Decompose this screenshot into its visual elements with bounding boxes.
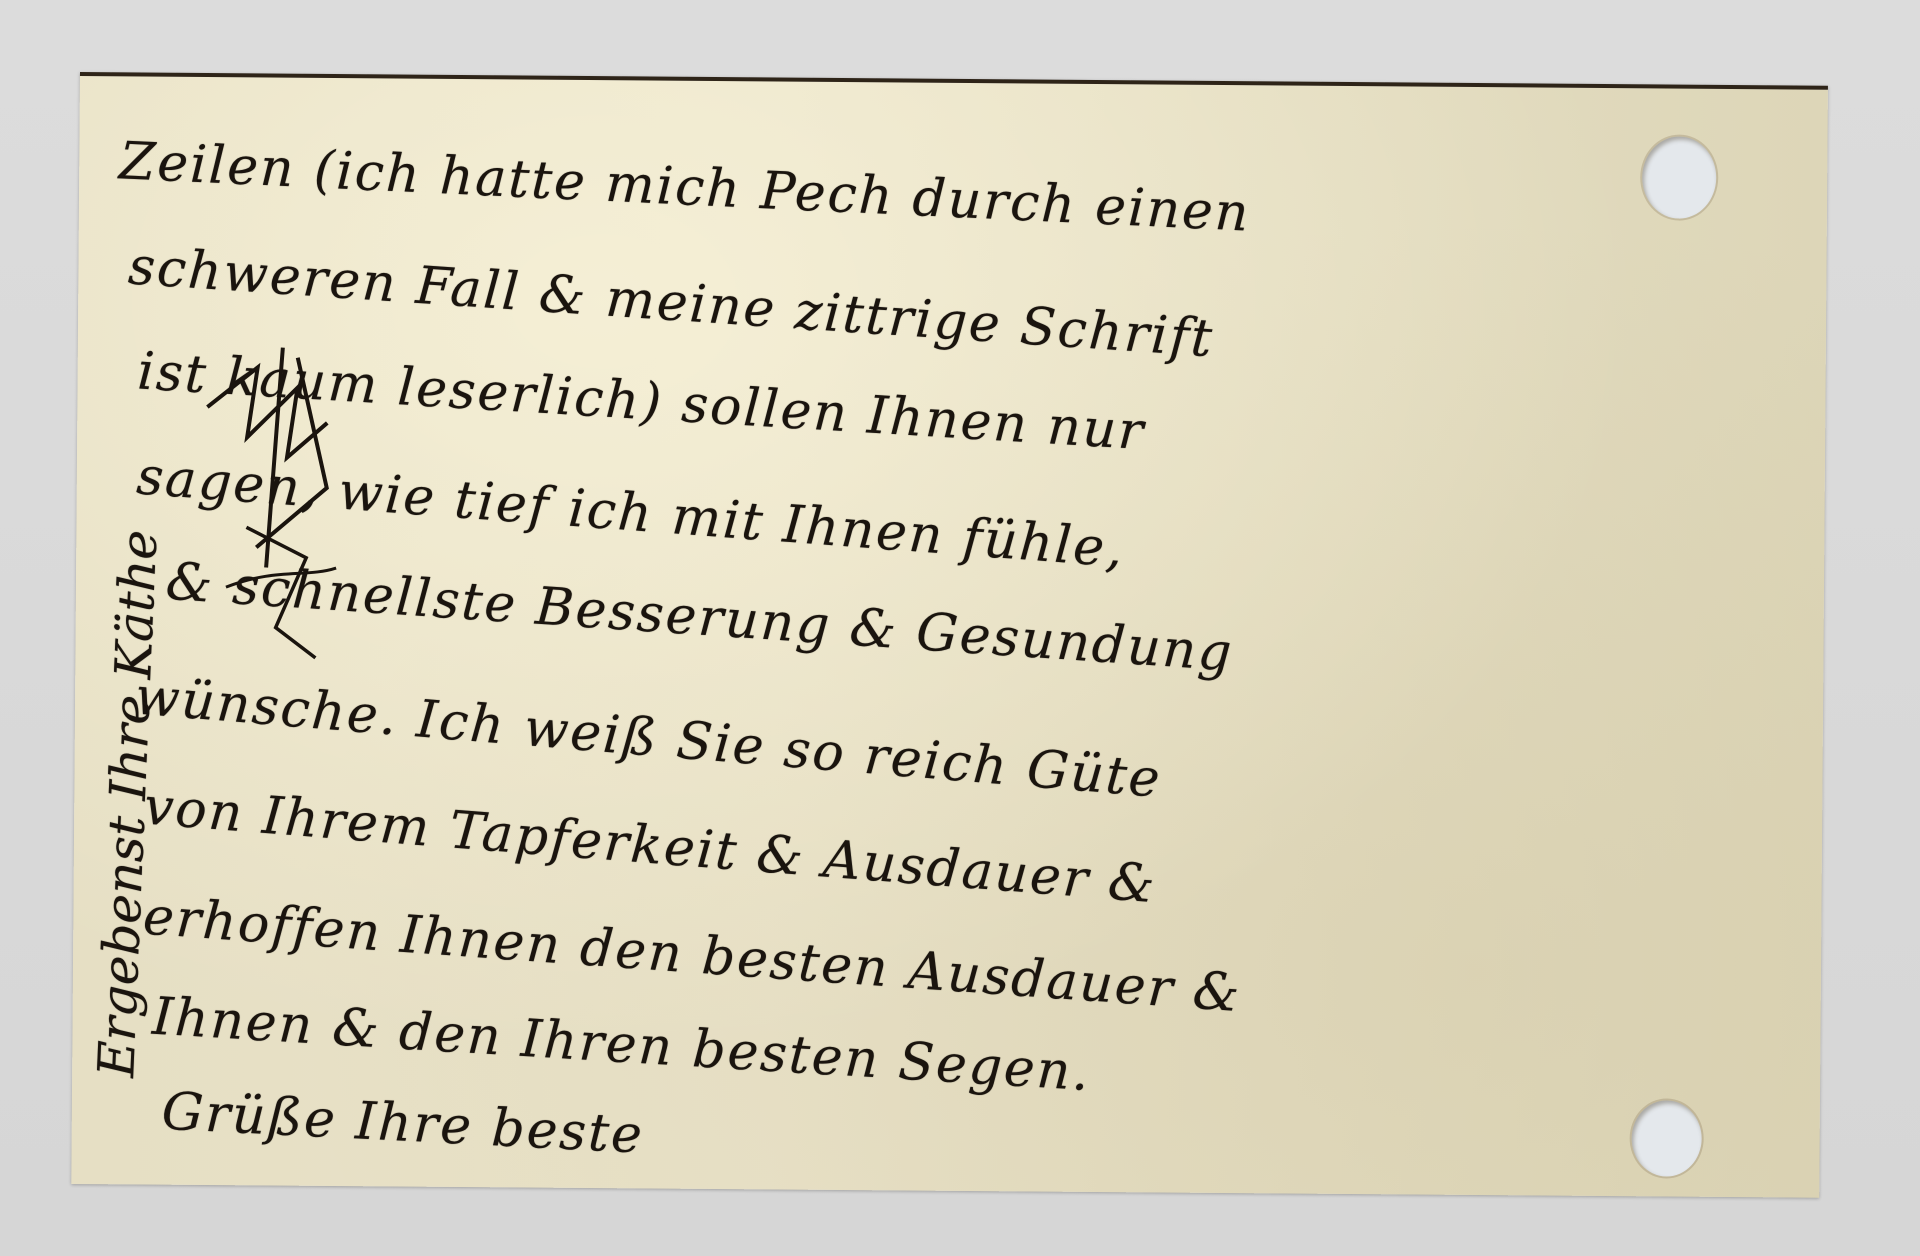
page-background: Zeilen (ich hatte mich Pech durch einen … bbox=[0, 0, 1920, 1256]
postcard: Zeilen (ich hatte mich Pech durch einen … bbox=[71, 72, 1828, 1198]
handwriting-line-3: ist kaum leserlich) sollen Ihnen nur bbox=[136, 342, 1147, 463]
punch-hole-top bbox=[1642, 136, 1717, 219]
handwriting-line-10: Grüße Ihre beste bbox=[160, 1082, 645, 1166]
handwriting-line-2: schweren Fall & meine zittrige Schrift bbox=[126, 236, 1215, 369]
handwriting-line-1: Zeilen (ich hatte mich Pech durch einen bbox=[118, 131, 1252, 243]
punch-hole-bottom bbox=[1631, 1100, 1702, 1177]
handwriting-line-9: Ihnen & den Ihren besten Segen. bbox=[151, 987, 1093, 1103]
